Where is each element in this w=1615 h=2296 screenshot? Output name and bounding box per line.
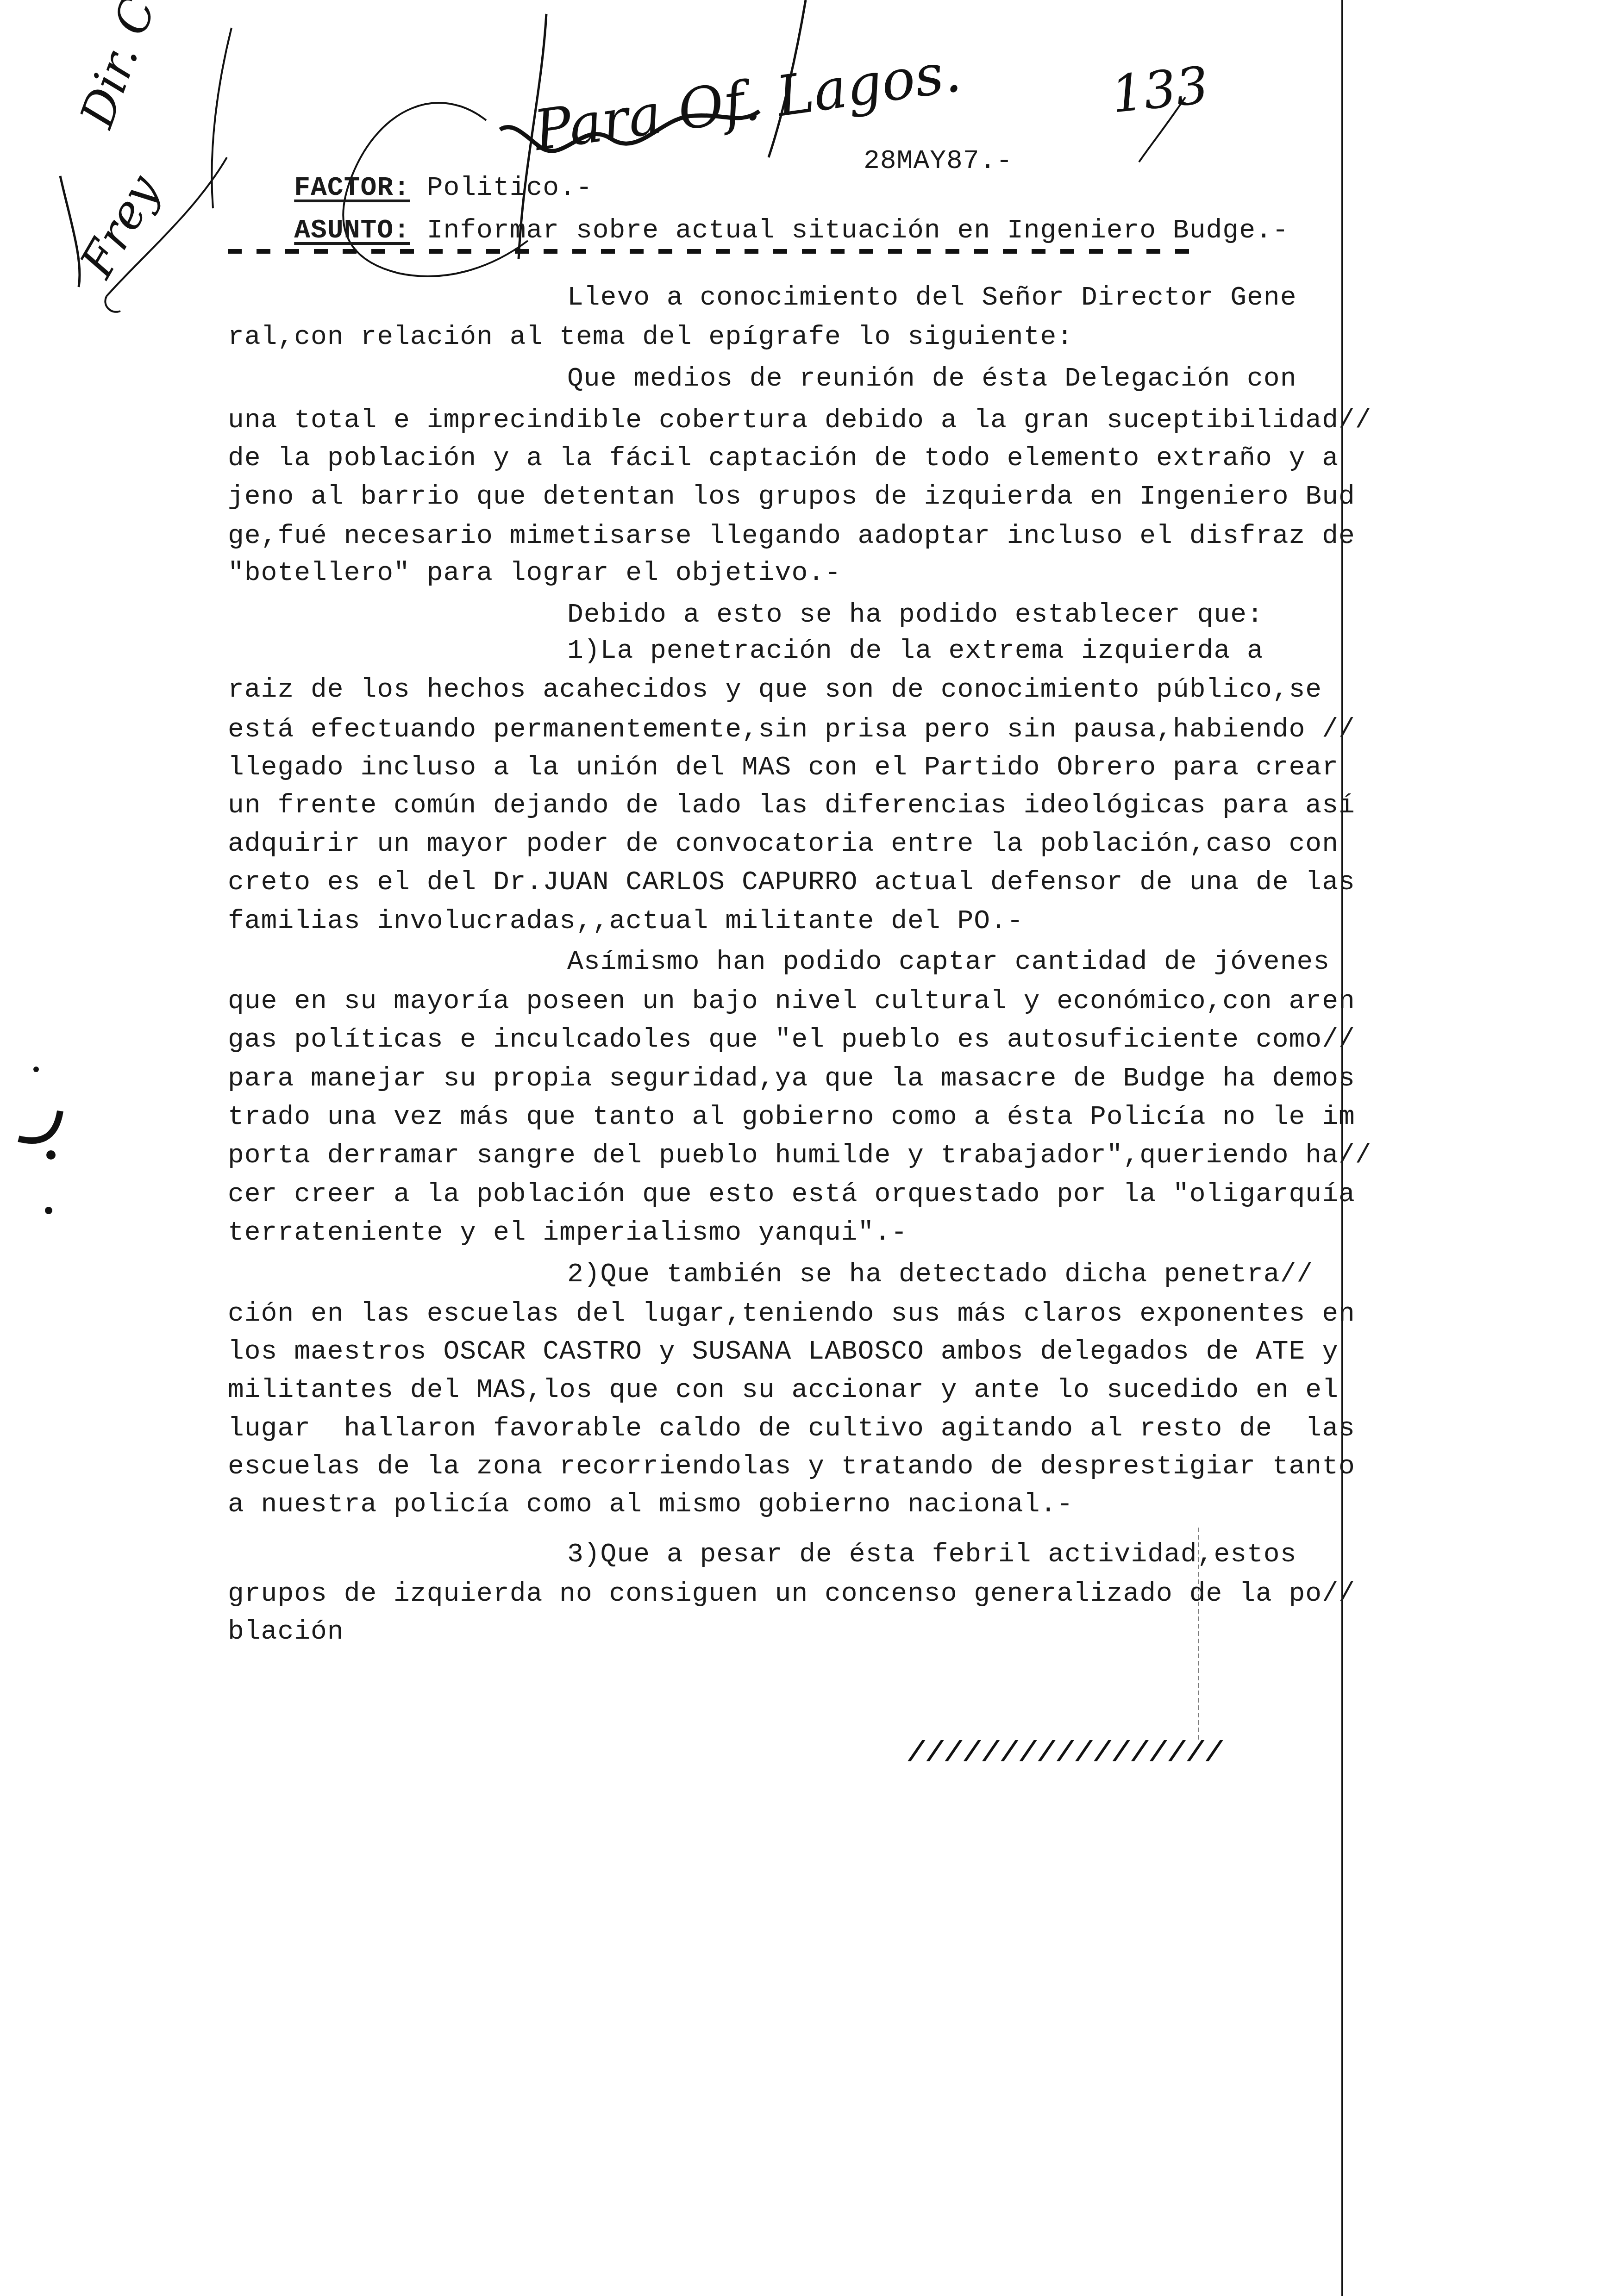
body-line: a nuestra policía como al mismo gobierno… (228, 1491, 1073, 1518)
body-line: "botellero" para lograr el objetivo.- (228, 560, 841, 587)
margin-note-2: Frey (69, 166, 170, 286)
closing-slashes: ///////////////// (905, 1737, 1226, 1770)
body-line: una total e imprecindible cobertura debi… (228, 407, 1372, 434)
body-line: ge,fué necesario mimetisarse llegando aa… (228, 523, 1355, 550)
body-line: creto es el del Dr.JUAN CARLOS CAPURRO a… (228, 869, 1355, 896)
body-line: Debido a esto se ha podido establecer qu… (567, 602, 1264, 629)
date: 28MAY87.- (864, 148, 1013, 175)
body-line: 1)La penetración de la extrema izquierda… (567, 638, 1264, 665)
body-line: 3)Que a pesar de ésta febril actividad,e… (567, 1541, 1296, 1568)
body-line: trado una vez más que tanto al gobierno … (228, 1104, 1355, 1131)
body-line: los maestros OSCAR CASTRO y SUSANA LABOS… (228, 1339, 1339, 1366)
routing-note: Para Of. Lagos. (530, 40, 965, 163)
body-line: Que medios de reunión de ésta Delegación… (567, 366, 1296, 393)
body-line: gas políticas e inculcadoles que "el pue… (228, 1027, 1355, 1054)
body-line: adquirir un mayor poder de convocatoria … (228, 831, 1339, 858)
body-line: ral,con relación al tema del epígrafe lo… (228, 324, 1073, 351)
body-line: está efectuando permanentemente,sin pris… (228, 717, 1355, 743)
body-line: que en su mayoría poseen un bajo nivel c… (228, 988, 1355, 1015)
body-line: cer creer a la población que esto está o… (228, 1181, 1355, 1208)
body-line: 2)Que también se ha detectado dicha pene… (567, 1261, 1313, 1288)
body-line: militantes del MAS,los que con su accion… (228, 1377, 1339, 1404)
body-line: familias involucradas,,actual militante … (228, 908, 1024, 935)
document-page: Para Of. Lagos. 133 Dir. Culvera Frey FA… (0, 0, 1615, 2296)
header-separator (228, 249, 1196, 254)
body-line: ción en las escuelas del lugar,teniendo … (228, 1301, 1355, 1328)
body-line: escuelas de la zona recorriendolas y tra… (228, 1454, 1355, 1480)
asunto-row: ASUNTO: Informar sobre actual situación … (228, 191, 1289, 271)
body-line: Llevo a conocimiento del Señor Director … (567, 285, 1296, 312)
asunto-value: Informar sobre actual situación en Ingen… (427, 216, 1289, 246)
body-line: Asímismo han podido captar cantidad de j… (567, 949, 1330, 976)
body-line: jeno al barrio que detentan los grupos d… (228, 484, 1355, 511)
body-line: de la población y a la fácil captación d… (228, 445, 1339, 472)
page-number: 133 (1108, 55, 1211, 124)
body-line: raiz de los hechos acahecidos y que son … (228, 677, 1322, 704)
body-line: blación (228, 1619, 344, 1646)
body-line: para manejar su propia seguridad,ya que … (228, 1066, 1355, 1092)
body-line: lugar hallaron favorable caldo de cultiv… (228, 1416, 1355, 1442)
body-line: llegado incluso a la unión del MAS con e… (228, 755, 1339, 781)
body-line: porta derramar sangre del pueblo humilde… (228, 1142, 1372, 1169)
body-line: terrateniente y el imperialismo yanqui".… (228, 1220, 908, 1247)
body-line: grupos de izquierda no consiguen un conc… (228, 1581, 1355, 1608)
asunto-label: ASUNTO: (294, 216, 410, 246)
body-line: un frente común dejando de lado las dife… (228, 792, 1355, 819)
margin-note-1: Dir. Culvera (69, 0, 217, 134)
